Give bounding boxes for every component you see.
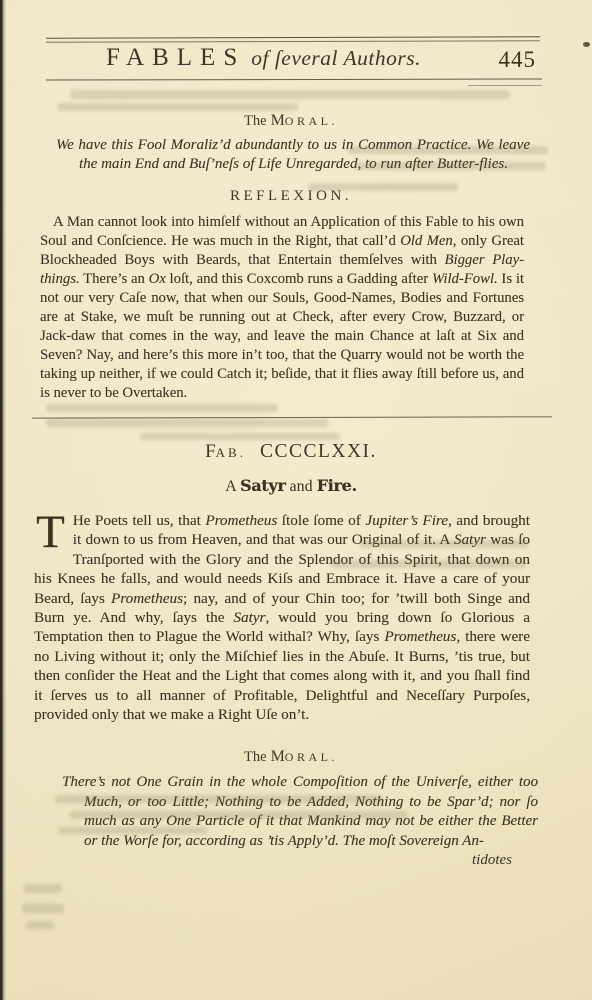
header-title: FABLES of ſeveral Authors. xyxy=(106,44,421,72)
moral-heading-cap: M xyxy=(271,112,285,129)
moral2-heading-cap: M xyxy=(271,748,285,765)
moral-heading: TheMORAL. xyxy=(40,112,542,130)
fable-numeral: CCCCLXXI. xyxy=(260,441,377,462)
ink-spot xyxy=(583,42,590,47)
moral2-heading: TheMORAL. xyxy=(40,748,542,766)
header-bottom-rule xyxy=(46,78,542,80)
reflexion-text: A Man cannot look into himſelf without a… xyxy=(40,213,524,403)
moral2-heading-the: The xyxy=(244,749,267,765)
header-title-caps: FABLES xyxy=(106,44,245,71)
moral2-text: There’s not One Grain in the whole Compo… xyxy=(62,773,538,851)
header-double-rule xyxy=(46,36,540,43)
moral-heading-the: The xyxy=(244,113,267,129)
drop-cap: T xyxy=(34,511,73,551)
fable-text-body: He Poets tell us, that Prometheus ſtole … xyxy=(34,512,530,723)
scan-edge-shadow xyxy=(0,0,6,1000)
moral2-heading-rest: ORAL. xyxy=(285,750,338,764)
bleedthrough-mark xyxy=(26,921,54,929)
reflexion-heading: REFLEXION. xyxy=(40,188,542,205)
bleedthrough-mark xyxy=(22,904,64,913)
catchword: tidotes xyxy=(40,851,542,870)
bleedthrough-mark xyxy=(24,884,62,893)
fable-label-rest: AB. xyxy=(216,445,246,460)
moral-text: We have this Fool Moraliz’d abundantly t… xyxy=(56,136,530,174)
header-title-italic: of ſeveral Authors. xyxy=(251,46,421,70)
page-number: 445 xyxy=(499,47,537,73)
page-content: FABLES of ſeveral Authors. 445 TheMORAL.… xyxy=(40,0,542,870)
section-divider-rule xyxy=(32,416,552,418)
fable-label-cap: F xyxy=(205,441,216,462)
fable-title: A Satyr and Fire. xyxy=(40,476,542,496)
book-page-scan: FABLES of ſeveral Authors. 445 TheMORAL.… xyxy=(0,0,592,1000)
running-header: FABLES of ſeveral Authors. 445 xyxy=(40,0,542,88)
fable-number-heading: FAB.CCCCLXXI. xyxy=(40,441,542,463)
fable-text: THe Poets tell us, that Prometheus ſtole… xyxy=(34,511,530,724)
moral-heading-rest: ORAL. xyxy=(285,114,338,128)
header-bottom-rule-short xyxy=(468,85,542,86)
